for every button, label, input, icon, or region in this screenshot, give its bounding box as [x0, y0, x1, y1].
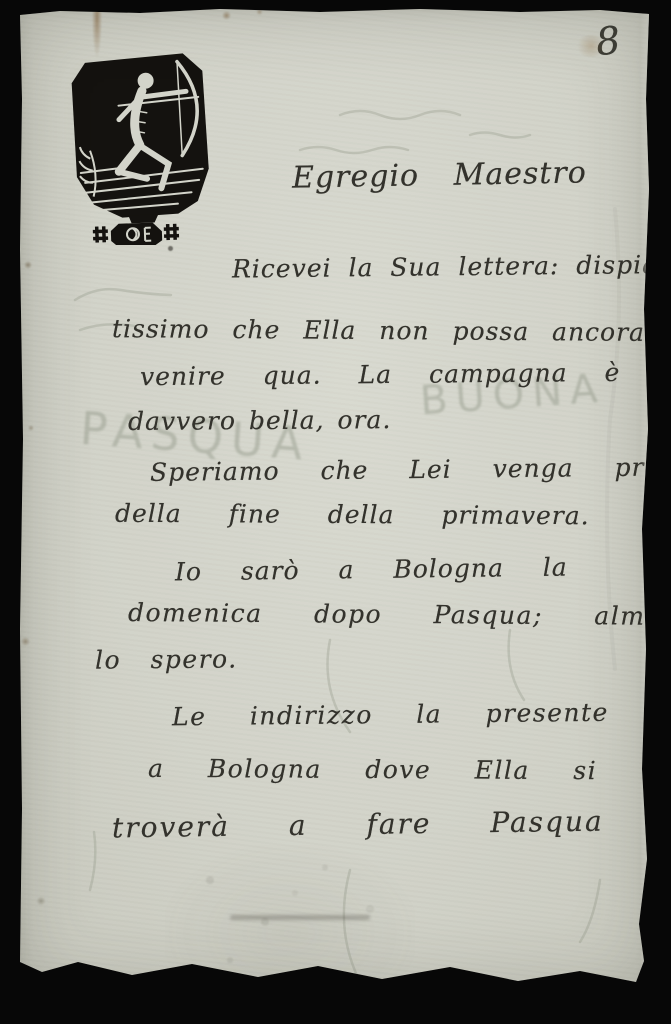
letter-line: Speriamo che Lei venga prima: [150, 452, 671, 487]
letter-line: Io sarò a Bologna la: [175, 553, 568, 587]
letter-paper: BUONA PASQUA: [20, 9, 649, 990]
bleedthrough-stamp-smudge: [165, 845, 415, 1005]
letter-line: Ricevei la Sua lettera: dispiacen-: [232, 249, 671, 283]
angular-glyph-left: [93, 226, 109, 243]
archer-woodcut-stamp: [64, 53, 214, 245]
scanned-letter-page: BUONA PASQUA: [0, 0, 671, 1024]
page-number: 8: [594, 18, 624, 64]
letter-line: troverà a fare Pasqua: [112, 805, 604, 845]
letter-line: della fine della primavera.: [115, 499, 590, 530]
letter-line: tissimo che Ella non possa ancora: [112, 314, 645, 347]
angular-glyph-right: [164, 224, 180, 241]
letter-line: Le indirizzo la presente: [172, 698, 609, 732]
monogram-cartouche: [93, 222, 180, 245]
bleedthrough-streak: [230, 915, 370, 920]
salutation: Egregio Maestro: [292, 155, 587, 195]
letter-line: venire qua. La campagna è: [140, 358, 621, 391]
letter-line: davvero bella, ora.: [128, 405, 392, 436]
letter-line: lo spero.: [95, 644, 238, 674]
letter-line: a Bologna dove Ella si: [148, 754, 597, 785]
letter-line: domenica dopo Pasqua; almeno: [128, 598, 671, 631]
